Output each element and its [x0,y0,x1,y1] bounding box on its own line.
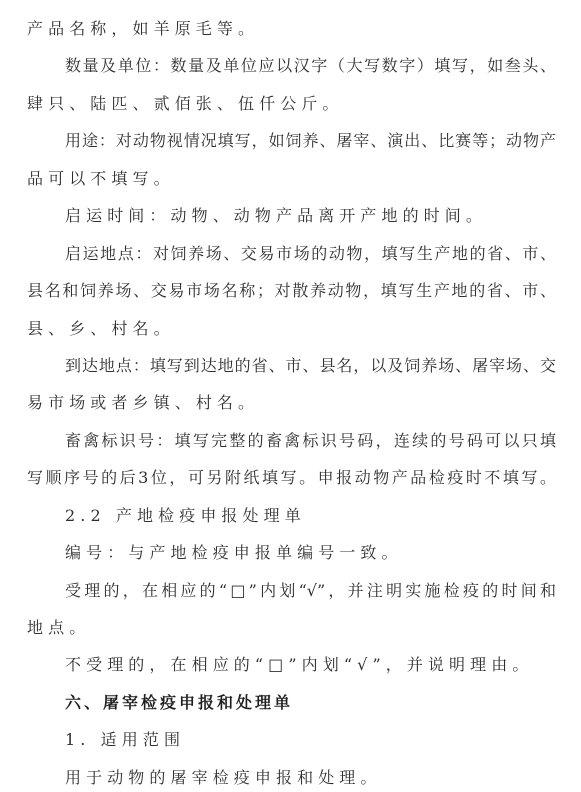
paragraph-arrival-place: 到达地点：填写到达地的省、市、县名，以及饲养场、屠宰场、交 易市场或者乡镇、村名… [27,347,556,422]
paragraph-departure-time: 启运时间：动物、动物产品离开产地的时间。 [27,197,556,234]
text-line: 品可以不填写。 [27,160,556,197]
text-line: 受理的，在相应的“□”内划“√”，并注明实施检疫的时间和 [27,572,556,609]
text-line: 不受理的，在相应的“□”内划“√”，并说明理由。 [27,646,556,683]
text-line: 用于动物的屠宰检疫申报和处理。 [27,759,556,792]
text-line: 六、屠宰检疫申报和处理单 [27,684,556,721]
paragraph-livestock-id: 畜禽标识号：填写完整的畜禽标识号码，连续的号码可以只填 写顺序号的后3位，可另附… [27,422,556,497]
paragraph-accepted: 受理的，在相应的“□”内划“√”，并注明实施检疫的时间和 地点。 [27,572,556,647]
paragraph-serial-number: 编号：与产地检疫申报单编号一致。 [27,534,556,571]
paragraph-departure-place: 启运地点：对饲养场、交易市场的动物，填写生产地的省、市、 县名和饲养场、交易市场… [27,235,556,347]
text-line: 编号：与产地检疫申报单编号一致。 [27,534,556,571]
text-line: 用途：对动物视情况填写，如饲养、屠宰、演出、比赛等；动物产 [27,122,556,159]
text-line: 启运地点：对饲养场、交易市场的动物，填写生产地的省、市、 [27,235,556,272]
text-line: 写顺序号的后3位，可另附纸填写。申报动物产品检疫时不填写。 [27,459,556,496]
text-line: 到达地点：填写到达地的省、市、县名，以及饲养场、屠宰场、交 [27,347,556,384]
document-page: 产品名称，如羊原毛等。 数量及单位：数量及单位应以汉字（大写数字）填写，如叁头、… [27,10,556,792]
paragraph-quantity-unit: 数量及单位：数量及单位应以汉字（大写数字）填写，如叁头、 肆只、陆匹、贰佰张、伍… [27,47,556,122]
text-line: 地点。 [27,609,556,646]
paragraph-usage: 用途：对动物视情况填写，如饲养、屠宰、演出、比赛等；动物产 品可以不填写。 [27,122,556,197]
section-heading-2-2: 2.2 产地检疫申报处理单 [27,497,556,534]
paragraph-scope-text: 用于动物的屠宰检疫申报和处理。 [27,759,556,792]
paragraph-product-name-cont: 产品名称，如羊原毛等。 [27,10,556,47]
text-line: 畜禽标识号：填写完整的畜禽标识号码，连续的号码可以只填 [27,422,556,459]
section-heading-6: 六、屠宰检疫申报和处理单 [27,684,556,721]
text-line: 启运时间：动物、动物产品离开产地的时间。 [27,197,556,234]
text-line: 产品名称，如羊原毛等。 [27,10,556,47]
text-line: 易市场或者乡镇、村名。 [27,384,556,421]
text-line: 2.2 产地检疫申报处理单 [27,497,556,534]
paragraph-not-accepted: 不受理的，在相应的“□”内划“√”，并说明理由。 [27,646,556,683]
text-line: 县、乡、村名。 [27,310,556,347]
text-line: 1. 适用范围 [27,721,556,758]
text-line: 县名和饲养场、交易市场名称；对散养动物，填写生产地的省、市、 [27,272,556,309]
text-line: 数量及单位：数量及单位应以汉字（大写数字）填写，如叁头、 [27,47,556,84]
section-heading-6-1: 1. 适用范围 [27,721,556,758]
text-line: 肆只、陆匹、贰佰张、伍仟公斤。 [27,85,556,122]
